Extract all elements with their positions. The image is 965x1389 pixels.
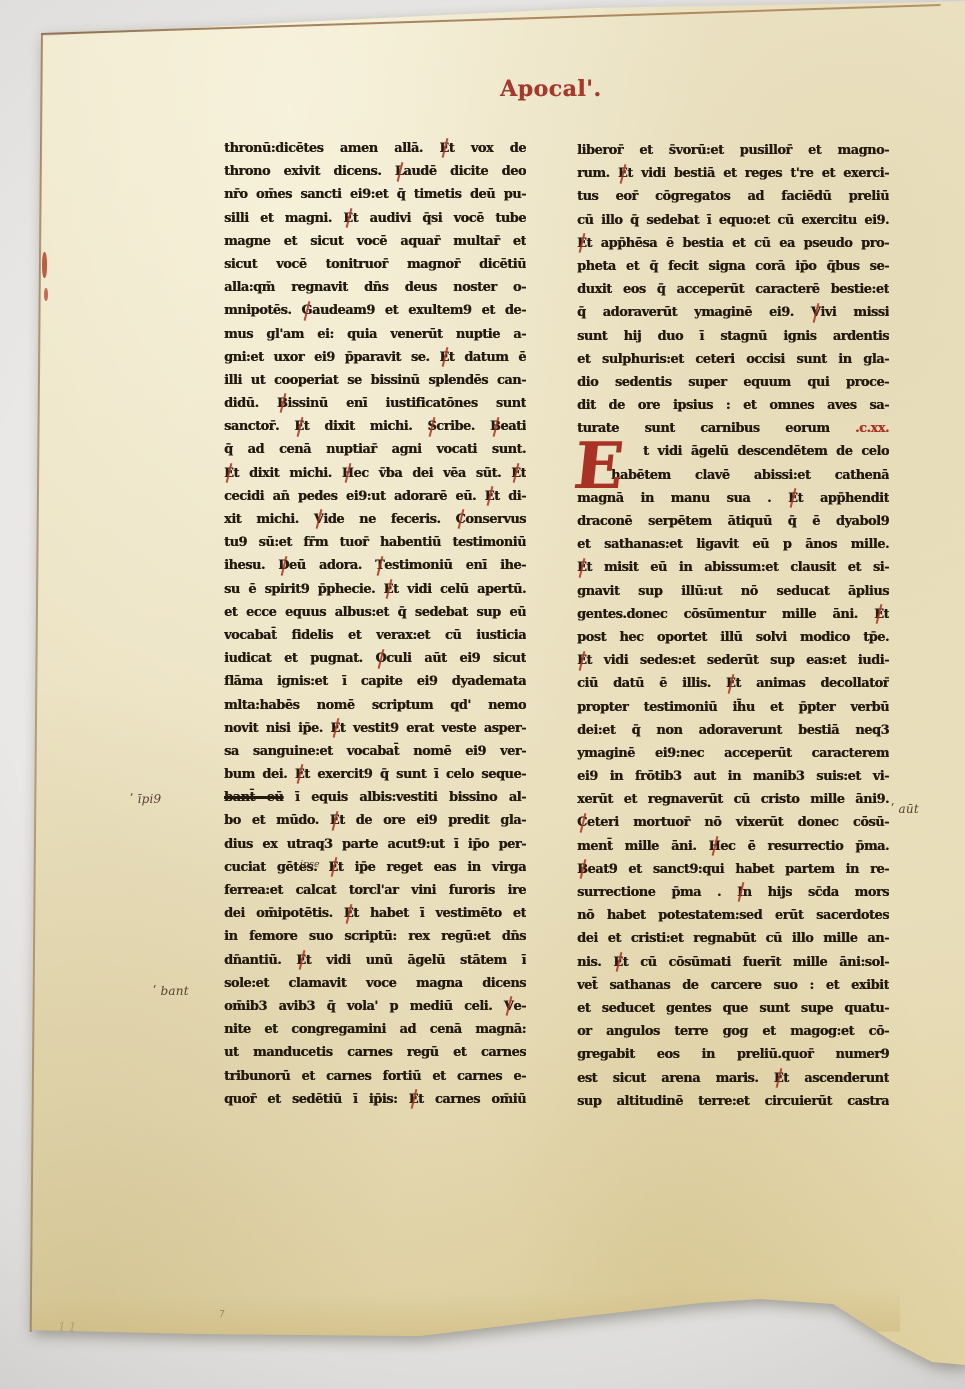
text-line: novit nisi ip̄e. Et vestit9 erat veste a… <box>224 717 526 740</box>
deckle-edge-shading <box>30 1287 900 1340</box>
text-line: sicut vocē tonitruor̄ magnor̄ dicētiū <box>224 253 526 276</box>
text-line: quor̄ et sedētiū ī ip̄is: Et carnes om̄i… <box>224 1088 526 1111</box>
text-line: ymaginē ei9:nec acceperūt caracterem <box>577 742 889 765</box>
text-line: tribunorū et carnes fortiū et carnes e- <box>224 1065 526 1088</box>
text-line: Ceteri mortuor̄ nō vixerūt donec cōsū- <box>577 811 889 834</box>
text-line: q̄ adoraverūt ymaginē ei9. Vivi missi <box>577 301 889 324</box>
text-line: bo et mūdo. Et de ore ei9 predit gla- <box>224 809 526 832</box>
margin-note-right: ʹ aūt <box>891 802 919 816</box>
photo-backdrop: Apocal'. thronū:dicētes amen allā. Et vo… <box>0 0 965 1389</box>
text-line: in femore suo scriptū: rex regū:et dn̄s <box>224 925 526 948</box>
text-line: nr̄o om̄es sancti ei9:et q̄ timetis deū … <box>224 183 526 206</box>
red-pigment-smudge <box>44 288 48 301</box>
text-line: post hec oportet illū solvi modico tp̄e. <box>577 626 889 649</box>
text-line: vet̄ sathanas de carcere suo : et exibit <box>577 974 889 997</box>
text-line: cuciat gētes. Et ip̄e reget eas in virga <box>224 856 526 879</box>
text-line: nō habet potestatem:sed erūt sacerdotes <box>577 904 889 927</box>
text-line: gentes.donec cōsūmentur mille āni. Et <box>577 603 889 626</box>
text-line: dei et cristi:et regnabūt cū illo mille … <box>577 927 889 950</box>
text-line: dei om̄ipotētis. Et habet ī vestimēto et <box>224 902 526 925</box>
text-line: dei:et q̄ non adoraverunt bestiā neq3 <box>577 719 889 742</box>
text-line: dn̄antiū. Et vidi unū āgelū stātem ī <box>224 949 526 972</box>
text-line: throno exivit dicens. Laudē dicite deo <box>224 160 526 183</box>
text-line: mus gl'am ei: quia venerūt nuptie a- <box>224 323 526 346</box>
text-line: habētem clavē abissi:et cathenā <box>577 464 889 487</box>
text-line: gregabit eos in preliū.quor̄ numer9 <box>577 1043 889 1066</box>
bottom-pen-mark: ⁊ <box>218 1306 223 1319</box>
bottom-left-mark: 11 <box>58 1320 79 1334</box>
text-line: ut manducetis carnes regū et carnes <box>224 1041 526 1064</box>
text-line: magnā in manu sua . Et app̄hendit <box>577 487 889 510</box>
text-line: alla:qm̄ regnavit dn̄s deus noster o- <box>224 276 526 299</box>
text-line: sa sanguine:et vocabat̄ nomē ei9 ver- <box>224 740 526 763</box>
text-line: Et vidi sedes:et sederūt sup eas:et iudi… <box>577 649 889 672</box>
running-title: Apocal'. <box>500 76 660 102</box>
text-line: ihesu. Deū adora. Testimoniū enī ihe- <box>224 554 526 577</box>
text-line: silli et magni. Et audivi q̄si vocē tube <box>224 207 526 230</box>
text-line: sanctor̄. Et dixit michi. Scribe. Beati <box>224 415 526 438</box>
text-line: or angulos terre gog et magog:et cō- <box>577 1020 889 1043</box>
text-line: ment̄ mille āni. Hec ē resurrectio p̄ma. <box>577 835 889 858</box>
text-line: vocabat̄ fidelis et verax:et cū iusticia <box>224 624 526 647</box>
text-line: draconē serpētem ātiquū q̄ ē dyabol9 <box>577 510 889 533</box>
text-line: liberor̄ et s̄vorū:et pusillor̄ et magno… <box>577 139 889 162</box>
text-line: xit michi. Vide ne feceris. Conservus <box>224 508 526 531</box>
text-line: ferrea:et calcat torcl'ar vini furoris i… <box>224 879 526 902</box>
text-line: sunt hij duo ī stagnū ignis ardentis <box>577 325 889 348</box>
interlinear-correction: ipse <box>300 859 320 870</box>
text-line: gni:et uxor ei9 p̄paravit se. Et datum ē <box>224 346 526 369</box>
text-line: pheta et q̄ fecit signa corā ip̄o q̄bus … <box>577 255 889 278</box>
text-line: dius ex utraq3 parte acut9:ut ī ip̄o per… <box>224 833 526 856</box>
text-line: sup altitudinē terre:et circuierūt castr… <box>577 1090 889 1113</box>
text-line: nis. Et cū cōsūmati fuerīt mille āni:sol… <box>577 951 889 974</box>
text-line: mnipotēs. Gaudeam9 et exultem9 et de- <box>224 299 526 322</box>
text-line: cecidi an̄ pedes ei9:ut adorarē eū. Et d… <box>224 485 526 508</box>
text-line: et seducet gentes que sunt supe quatu- <box>577 997 889 1020</box>
text-line: et ecce equus albus:et q̄ sedebat sup eū <box>224 601 526 624</box>
text-line: iudicat et pugnat. Oculi aūt ei9 sicut <box>224 647 526 670</box>
text-line: thronū:dicētes amen allā. Et vox de <box>224 137 526 160</box>
text-line: surrectione p̄ma . In hijs sc̄da mors <box>577 881 889 904</box>
text-line: rum. Et vidi bestiā et reges t're et exe… <box>577 162 889 185</box>
text-line: est sicut arena maris. Et ascenderunt <box>577 1067 889 1090</box>
text-line: et sathanas:et ligavit eū p ānos mille. <box>577 533 889 556</box>
text-line: su ē spirit9 p̄phecie. Et vidi celū aper… <box>224 578 526 601</box>
text-column-right: liberor̄ et s̄vorū:et pusillor̄ et magno… <box>577 139 889 1113</box>
text-line: om̄ib3 avib3 q̄ vola' p mediū celi. Ve- <box>224 995 526 1018</box>
text-line: didū. Bissinū enī iustificatōnes sunt <box>224 392 526 415</box>
text-line: Et app̄hēsa ē bestia et cū ea pseudo pro… <box>577 232 889 255</box>
text-line: sole:et clamavit voce magna dicens <box>224 972 526 995</box>
text-line: Beat9 et sanct9:qui habet partem in re- <box>577 858 889 881</box>
text-line: magne et sicut vocē aquar̄ multar̄ et <box>224 230 526 253</box>
text-line: gnavit sup illū:ut nō seducat āplius <box>577 580 889 603</box>
text-line: tu9 sū:et fr̄m tuor̄ habentiū testimoniū <box>224 531 526 554</box>
text-line: ciū datū ē illis. Et animas decollator̄ <box>577 672 889 695</box>
text-line: et sulphuris:et ceteri occisi sunt in gl… <box>577 348 889 371</box>
text-line: dit de ore ipsius : et omnes aves sa- <box>577 394 889 417</box>
text-line: Et misit eū in abissum:et clausit et si- <box>577 556 889 579</box>
text-line: q̄ ad cenā nuptiar̄ agni vocati sunt. <box>224 438 526 461</box>
text-line: bum dei. Et exercit9 q̄ sunt ī celo sequ… <box>224 763 526 786</box>
text-line: ei9 in frōtib3 aut in manib3 suis:et vi- <box>577 765 889 788</box>
margin-note-left-1: ʹ īpi9 <box>130 792 161 806</box>
text-line: duxit eos q̄ acceperūt caracterē bestie:… <box>577 278 889 301</box>
text-line: nite et congregamini ad cenā magnā: <box>224 1018 526 1041</box>
leaf-wrapper: Apocal'. thronū:dicētes amen allā. Et vo… <box>0 0 965 1389</box>
chapter-initial-letter: E <box>571 436 626 498</box>
text-line: xerūt et regnaverūt cū cristo mille āni9… <box>577 788 889 811</box>
text-line: illi ut cooperiat se bissinū splendēs ca… <box>224 369 526 392</box>
text-line: flāma ignis:et ī capite ei9 dyademata <box>224 670 526 693</box>
text-line: mlta:habēs nomē scriptum qd' nemo <box>224 694 526 717</box>
text-line: propter testimoniū ih̄u et p̄pter verbū <box>577 696 889 719</box>
red-pigment-smudge <box>42 252 47 278</box>
text-line: bant̄ eū ī equis albis:vestiti bissino a… <box>224 786 526 809</box>
text-line: dio sedentis super equum qui proce- <box>577 371 889 394</box>
text-column-left: thronū:dicētes amen allā. Et vox dethron… <box>224 137 526 1111</box>
margin-note-left-2: ʹ bant <box>153 984 189 998</box>
text-line: cū illo q̄ sedebat ī equo:et cū exercitu… <box>577 209 889 232</box>
text-line: tus eor̄ cōgregatos ad faciēdū preliū <box>577 185 889 208</box>
text-line: Et dixit michi. Hec v̄ba dei vēa sūt. Et <box>224 462 526 485</box>
manuscript-leaf: Apocal'. thronū:dicētes amen allā. Et vo… <box>0 0 965 1389</box>
